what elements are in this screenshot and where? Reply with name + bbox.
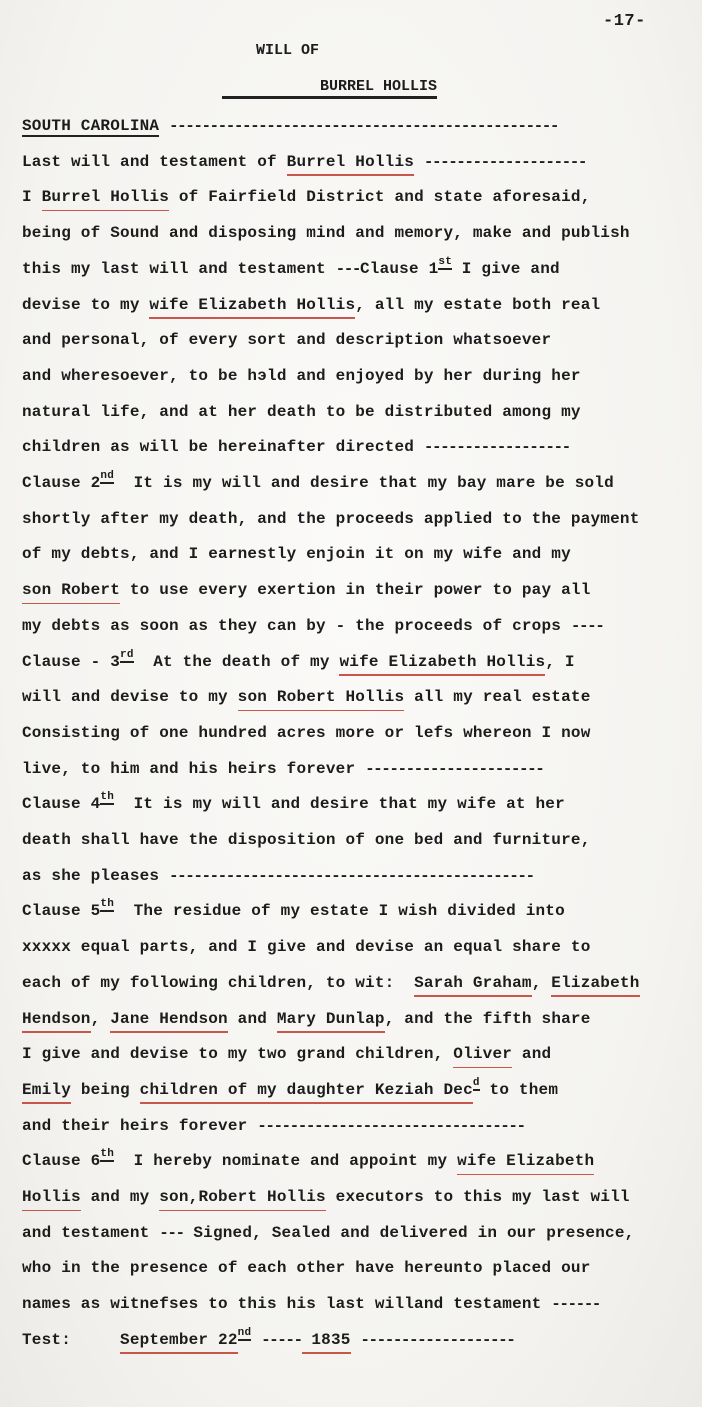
text-line: shortly after my death, and the proceeds…	[22, 509, 640, 529]
underlined-name: 1835	[302, 1331, 351, 1349]
text-segment: to use every exertion in their power to …	[120, 581, 590, 599]
text-line: Hendson, Jane Hendson and Mary Dunlap, a…	[22, 1009, 591, 1029]
ordinal-suffix: nd	[100, 470, 114, 484]
text-segment: , and the fifth share	[385, 1010, 591, 1028]
text-segment: to them	[480, 1081, 558, 1099]
text-segment: and	[512, 1045, 551, 1063]
text-segment: being of Sound and disposing mind and me…	[22, 224, 630, 242]
text-segment: will and devise to my	[22, 688, 238, 706]
ordinal-suffix: nd	[238, 1327, 252, 1341]
ordinal-suffix: th	[100, 1148, 114, 1162]
text-segment: Clause 2	[22, 474, 100, 492]
ordinal-suffix: d	[473, 1077, 480, 1091]
text-segment: It is my will and desire that my bay mar…	[114, 474, 614, 492]
text-segment: ----------------------------------------…	[169, 867, 534, 885]
text-segment: being	[71, 1081, 140, 1099]
text-line: SOUTH CAROLINA -------------------------…	[22, 116, 558, 136]
text-segment: I hereby nominate and appoint my	[114, 1152, 457, 1170]
text-segment: shortly after my death, and the proceeds…	[22, 510, 640, 528]
text-line: Clause 5th The residue of my estate I wi…	[22, 901, 565, 921]
text-segment: death shall have the disposition of one …	[22, 831, 591, 849]
text-line: Clause 6th I hereby nominate and appoint…	[22, 1151, 594, 1171]
text-line: I give and devise to my two grand childr…	[22, 1044, 551, 1064]
text-segment: The residue of my estate I wish divided …	[114, 902, 565, 920]
text-segment: Clause 6	[22, 1152, 100, 1170]
text-segment: of my debts, and I earnestly enjoin it o…	[22, 545, 571, 563]
underlined-name: Burrel Hollis	[287, 153, 414, 171]
text-line: Clause - 3rd At the death of my wife Eli…	[22, 652, 575, 672]
text-segment: ----------------------------------------…	[169, 117, 558, 135]
text-segment: Consisting of one hundred acres more or …	[22, 724, 591, 742]
text-line: live, to him and his heirs forever -----…	[22, 759, 543, 779]
text-segment: all my real estate	[404, 688, 590, 706]
underlined-name: Hendson	[22, 1010, 91, 1028]
text-segment	[159, 117, 169, 135]
text-segment: and testament	[22, 1224, 159, 1242]
text-segment: ------------------	[424, 438, 570, 456]
ordinal-suffix: th	[100, 898, 114, 912]
text-segment: It is my will and desire that my wife at…	[114, 795, 565, 813]
underlined-name: Burrel Hollis	[42, 188, 169, 206]
underlined-name: wife Elizabeth Hollis	[149, 296, 355, 314]
underlined-name: Elizabeth	[551, 974, 639, 992]
text-segment: who in the presence of each other have h…	[22, 1259, 591, 1277]
text-line: and testament --- Signed, Sealed and del…	[22, 1223, 634, 1243]
text-segment: as she pleases	[22, 867, 169, 885]
text-line: each of my following children, to wit: S…	[22, 973, 640, 993]
text-segment: Clause 5	[22, 902, 100, 920]
text-segment: and	[228, 1010, 277, 1028]
text-segment: ,	[532, 974, 552, 992]
text-segment: and personal, of every sort and descript…	[22, 331, 551, 349]
text-line: I Burrel Hollis of Fairfield District an…	[22, 187, 591, 207]
underlined-name: son Robert Hollis	[238, 688, 405, 706]
document-page: -17- WILL OF BURREL HOLLIS SOUTH CAROLIN…	[0, 0, 702, 1407]
underlined-name: Emily	[22, 1081, 71, 1099]
text-line: Clause 2nd It is my will and desire that…	[22, 473, 614, 493]
text-segment: of Fairfield District and state aforesai…	[169, 188, 590, 206]
text-line: will and devise to my son Robert Hollis …	[22, 687, 591, 707]
text-line: and their heirs forever ----------------…	[22, 1116, 525, 1136]
text-segment: xxxxx equal parts, and I give and devise…	[22, 938, 591, 956]
underlined-name: son Robert	[22, 581, 120, 599]
text-line: Hollis and my son,Robert Hollis executor…	[22, 1187, 630, 1207]
text-line: xxxxx equal parts, and I give and devise…	[22, 937, 591, 957]
text-segment: and my	[81, 1188, 159, 1206]
text-segment	[351, 1331, 361, 1349]
text-segment: -------------------	[360, 1331, 514, 1349]
text-segment: At the death of my	[134, 653, 340, 671]
underlined-name: wife Elizabeth	[457, 1152, 594, 1170]
underlined-name: children of my daughter Keziah Dec	[140, 1081, 473, 1099]
page-number: -17-	[603, 12, 646, 31]
text-line: who in the presence of each other have h…	[22, 1258, 591, 1278]
underlined-name: Oliver	[453, 1045, 512, 1063]
text-segment: natural life, and at her death to be dis…	[22, 403, 581, 421]
text-segment: Test:	[22, 1331, 120, 1349]
text-line: Clause 4th It is my will and desire that…	[22, 794, 565, 814]
text-segment: this my last will and testament	[22, 260, 336, 278]
text-line: my debts as soon as they can by - the pr…	[22, 616, 603, 636]
text-segment: Clause 1	[360, 260, 438, 278]
text-segment: SOUTH CAROLINA	[22, 117, 159, 137]
text-segment: executors to this my last will	[326, 1188, 630, 1206]
text-segment: ---------------------------------	[257, 1117, 524, 1135]
document-subtitle: BURREL HOLLIS	[222, 78, 437, 99]
text-segment: ---	[159, 1224, 183, 1242]
text-segment: -----	[261, 1331, 302, 1349]
underlined-name: Hollis	[22, 1188, 81, 1206]
underlined-name: Mary Dunlap	[277, 1010, 385, 1028]
text-segment: ---	[336, 260, 360, 278]
text-segment: Signed, Sealed and delivered in our pres…	[184, 1224, 635, 1242]
text-line: natural life, and at her death to be dis…	[22, 402, 581, 422]
text-line: and personal, of every sort and descript…	[22, 330, 551, 350]
text-line: devise to my wife Elizabeth Hollis, all …	[22, 295, 600, 315]
text-segment: and wheresoever, to be hэld and enjoyed …	[22, 367, 581, 385]
text-segment	[414, 153, 424, 171]
text-line: Test: September 22nd ----- 1835 --------…	[22, 1330, 514, 1350]
text-segment: --------------------	[424, 153, 586, 171]
text-segment: Clause 4	[22, 795, 100, 813]
text-segment: I give and	[452, 260, 560, 278]
underlined-name: wife Elizabeth Hollis	[339, 653, 545, 671]
text-segment: children as will be hereinafter directed	[22, 438, 424, 456]
text-segment: names as witnefses to this his last will…	[22, 1295, 551, 1313]
underlined-name: son,Robert Hollis	[159, 1188, 326, 1206]
text-segment: devise to my	[22, 296, 149, 314]
text-line: children as will be hereinafter directed…	[22, 437, 570, 457]
text-segment: , I	[545, 653, 574, 671]
text-line: being of Sound and disposing mind and me…	[22, 223, 630, 243]
text-line: death shall have the disposition of one …	[22, 830, 591, 850]
text-segment: ,	[91, 1010, 111, 1028]
underlined-name: Jane Hendson	[110, 1010, 228, 1028]
text-segment: and their heirs forever	[22, 1117, 257, 1135]
text-segment: ----------------------	[365, 760, 543, 778]
text-line: and wheresoever, to be hэld and enjoyed …	[22, 366, 581, 386]
text-line: Consisting of one hundred acres more or …	[22, 723, 591, 743]
text-segment: my debts as soon as they can by - the pr…	[22, 617, 571, 635]
text-line: names as witnefses to this his last will…	[22, 1294, 600, 1314]
text-segment: ------	[551, 1295, 600, 1313]
text-line: this my last will and testament ---Claus…	[22, 259, 560, 279]
ordinal-suffix: st	[438, 256, 452, 270]
text-segment: ----	[571, 617, 603, 635]
text-segment: I	[22, 188, 42, 206]
text-segment: , all my estate both real	[355, 296, 600, 314]
underlined-name: September 22	[120, 1331, 238, 1349]
ordinal-suffix: rd	[120, 649, 134, 663]
text-segment: Last will and testament of	[22, 153, 287, 171]
text-segment: Clause - 3	[22, 653, 120, 671]
text-segment: each of my following children, to wit:	[22, 974, 414, 992]
document-title: WILL OF	[256, 42, 319, 59]
text-line: son Robert to use every exertion in thei…	[22, 580, 591, 600]
text-line: of my debts, and I earnestly enjoin it o…	[22, 544, 571, 564]
text-segment: I give and devise to my two grand childr…	[22, 1045, 453, 1063]
text-segment: live, to him and his heirs forever	[22, 760, 365, 778]
text-line: Last will and testament of Burrel Hollis…	[22, 152, 586, 172]
ordinal-suffix: th	[100, 791, 114, 805]
text-segment	[251, 1331, 261, 1349]
text-line: Emily being children of my daughter Kezi…	[22, 1080, 558, 1100]
text-line: as she pleases -------------------------…	[22, 866, 534, 886]
underlined-name: Sarah Graham	[414, 974, 532, 992]
